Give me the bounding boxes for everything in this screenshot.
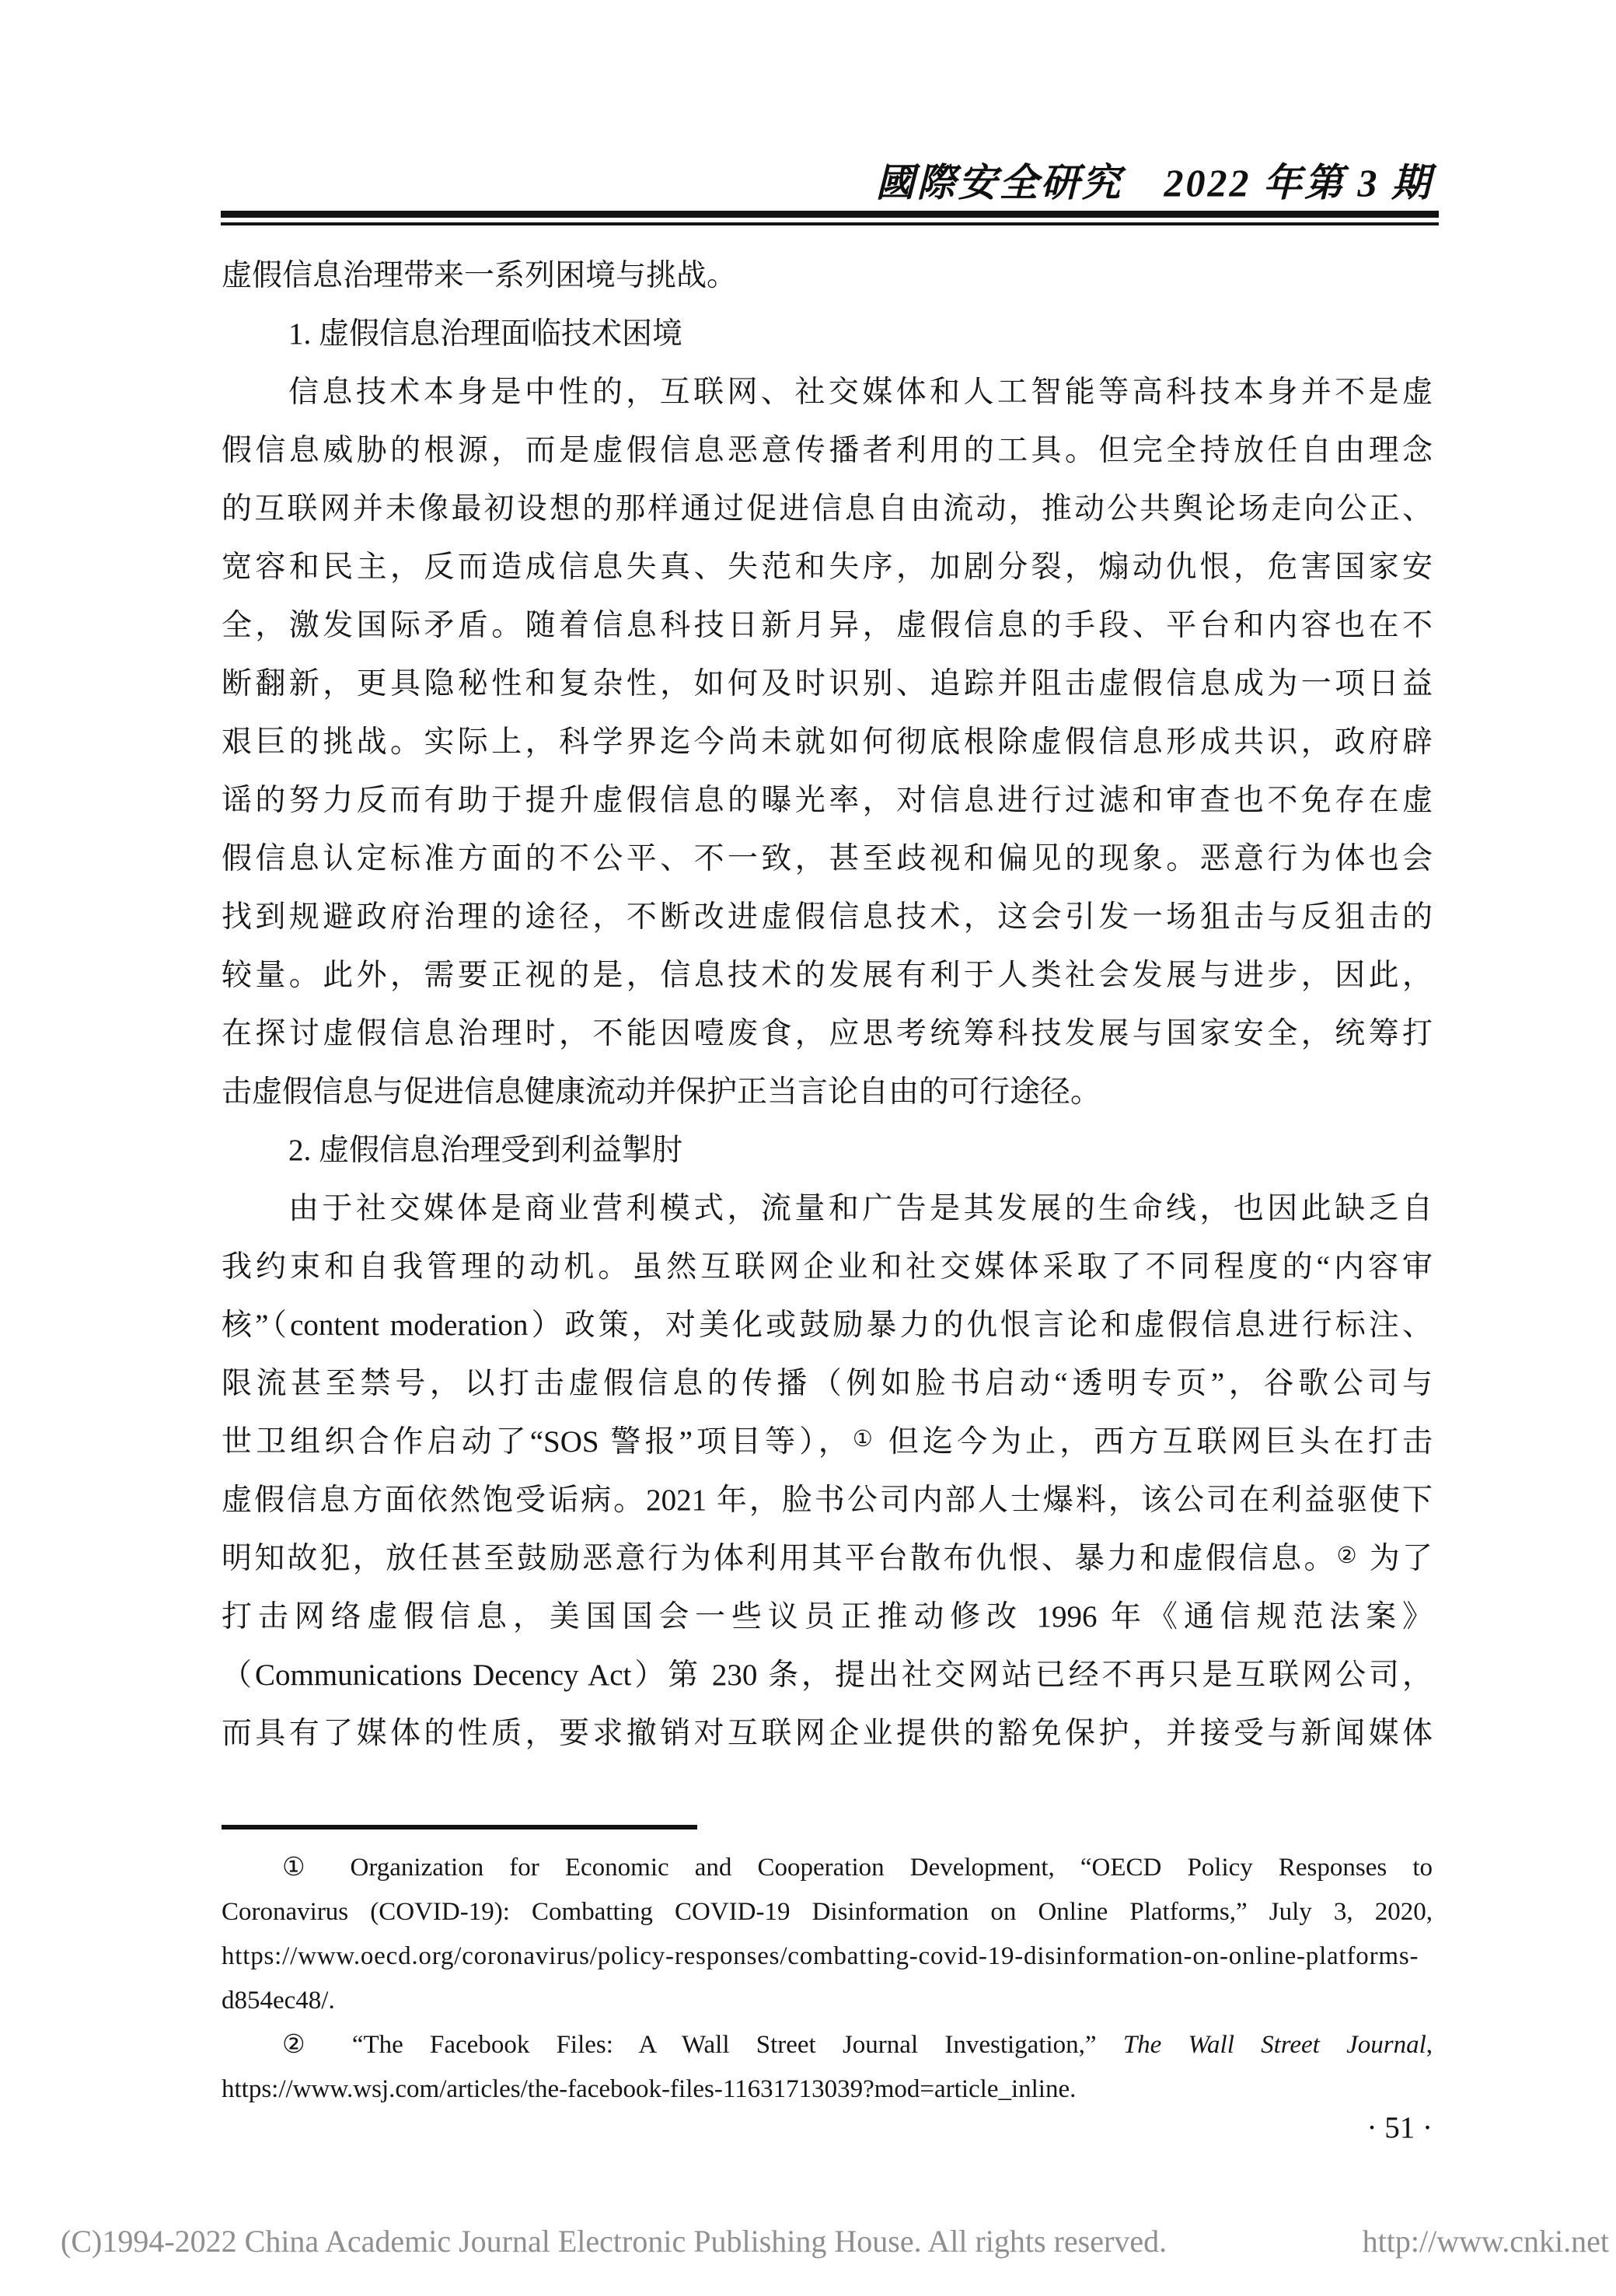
- body-line: 明知故犯，放任甚至鼓励恶意行为体利用其平台散布仇恨、暴力和虚假信息。② 为了: [222, 1529, 1433, 1588]
- text-run: 虚假信息治理带来一系列困境与挑战。: [222, 259, 737, 292]
- footnote-line: d854ec48/.: [222, 1979, 1433, 2023]
- text-run: 假信息认定标准方面的不公平、不一致，甚至歧视和偏见的现象。恶意行为体也会: [222, 842, 1433, 875]
- journal-issue-header: 國際安全研究 2022 年第 3 期: [222, 159, 1433, 207]
- text-run: 明知故犯，放任甚至鼓励恶意行为体利用其平台散布仇恨、暴力和虚假信息。: [222, 1542, 1337, 1575]
- text-run: 而具有了媒体的性质，要求撤销对互联网企业提供的豁免保护，并接受与新闻媒体: [222, 1717, 1433, 1750]
- text-run: 的互联网并未像最初设想的那样通过促进信息自由流动，推动公共舆论场走向公正、: [222, 492, 1433, 526]
- body-line: 较量。此外，需要正视的是，信息技术的发展有利于人类社会发展与进步，因此，: [222, 946, 1433, 1005]
- footnote-line: Coronavirus (COVID-19): Combatting COVID…: [222, 1890, 1433, 1934]
- text-run: 断翻新，更具隐秘性和复杂性，如何及时识别、追踪并阻击虚假信息成为一项日益: [222, 667, 1433, 701]
- text-run: ,: [1426, 2031, 1433, 2059]
- text-run: 由于社交媒体是商业营利模式，流量和广告是其发展的生命线，也因此缺乏自: [288, 1192, 1433, 1225]
- page-number: · 51 ·: [222, 2109, 1433, 2147]
- body-line: 由于社交媒体是商业营利模式，流量和广告是其发展的生命线，也因此缺乏自: [222, 1179, 1433, 1238]
- text-run: 艰巨的挑战。实际上，科学界迄今尚未就如何彻底根除虚假信息形成共识，政府辟: [222, 725, 1433, 759]
- footnote-separator: [222, 1825, 697, 1829]
- text-run: 信息技术本身是中性的，互联网、社交媒体和人工智能等高科技本身并不是虚: [288, 376, 1433, 409]
- footnote-line: https://www.oecd.org/coronavirus/policy-…: [222, 1934, 1433, 1979]
- text-run: 为了: [1359, 1542, 1433, 1575]
- body-line: （Communications Decency Act）第 230 条，提出社交…: [222, 1646, 1433, 1704]
- italic-text: The Wall Street Journal: [1123, 2031, 1426, 2059]
- article-body: 虚假信息治理带来一系列困境与挑战。1. 虚假信息治理面临技术困境信息技术本身是中…: [222, 246, 1433, 1763]
- text-run: 谣的努力反而有助于提升虚假信息的曝光率，对信息进行过滤和审查也不免存在虚: [222, 784, 1433, 817]
- text-run: ② “The Facebook Files: A Wall Street Jou…: [282, 2031, 1123, 2059]
- body-line: 打击网络虚假信息，美国国会一些议员正推动修改 1996 年《通信规范法案》: [222, 1588, 1433, 1646]
- text-run: 击虚假信息与促进信息健康流动并保护正当言论自由的可行途径。: [222, 1075, 1101, 1109]
- body-line: 击虚假信息与促进信息健康流动并保护正当言论自由的可行途径。: [222, 1063, 1433, 1121]
- body-line: 我约束和自我管理的动机。虽然互联网企业和社交媒体采取了不同程度的“内容审: [222, 1238, 1433, 1296]
- text-run: d854ec48/.: [222, 1987, 335, 2015]
- cnki-url: http://www.cnki.net: [1363, 2222, 1609, 2261]
- footnote-line: ② “The Facebook Files: A Wall Street Jou…: [222, 2023, 1433, 2067]
- text-run: 找到规避政府治理的途径，不断改进虚假信息技术，这会引发一场狙击与反狙击的: [222, 900, 1433, 934]
- text-run: 全，激发国际矛盾。随着信息科技日新月异，虚假信息的手段、平台和内容也在不: [222, 609, 1433, 642]
- body-line: 的互联网并未像最初设想的那样通过促进信息自由流动，推动公共舆论场走向公正、: [222, 480, 1433, 538]
- text-run: 2. 虚假信息治理受到利益掣肘: [288, 1134, 682, 1167]
- text-run: 虚假信息方面依然饱受诟病。2021 年，脸书公司内部人士爆料，该公司在利益驱使下: [222, 1483, 1433, 1517]
- text-run: 1. 虚假信息治理面临技术困境: [288, 317, 682, 351]
- text-run: 核”（content moderation）政策，对美化或鼓励暴力的仇恨言论和虚…: [222, 1309, 1433, 1342]
- text-run: 限流甚至禁号，以打击虚假信息的传播（例如脸书启动“透明专页”，谷歌公司与: [222, 1367, 1433, 1400]
- body-line: 艰巨的挑战。实际上，科学界迄今尚未就如何彻底根除虚假信息形成共识，政府辟: [222, 713, 1433, 771]
- body-line: 假信息认定标准方面的不公平、不一致，甚至歧视和偏见的现象。恶意行为体也会: [222, 830, 1433, 888]
- body-line: 1. 虚假信息治理面临技术困境: [222, 305, 1433, 363]
- text-run: https://www.oecd.org/coronavirus/policy-…: [222, 1942, 1419, 1970]
- body-line: 在探讨虚假信息治理时，不能因噎废食，应思考统筹科技发展与国家安全，统筹打: [222, 1005, 1433, 1063]
- text-run: （Communications Decency Act）第 230 条，提出社交…: [222, 1658, 1433, 1692]
- body-line: 假信息威胁的根源，而是虚假信息恶意传播者利用的工具。但完全持放任自由理念: [222, 421, 1433, 480]
- body-line: 宽容和民主，反而造成信息失真、失范和失序，加剧分裂，煽动仇恨，危害国家安: [222, 538, 1433, 596]
- body-line: 虚假信息治理带来一系列困境与挑战。: [222, 246, 1433, 305]
- text-run: 打击网络虚假信息，美国国会一些议员正推动修改 1996 年《通信规范法案》: [222, 1600, 1433, 1634]
- header-rule-thin: [221, 222, 1439, 225]
- text-run: 宽容和民主，反而造成信息失真、失范和失序，加剧分裂，煽动仇恨，危害国家安: [222, 550, 1433, 584]
- footnote-line: https://www.wsj.com/articles/the-faceboo…: [222, 2067, 1433, 2112]
- body-line: 限流甚至禁号，以打击虚假信息的传播（例如脸书启动“透明专页”，谷歌公司与: [222, 1354, 1433, 1413]
- text-run: Coronavirus (COVID-19): Combatting COVID…: [222, 1898, 1433, 1926]
- journal-page: 國際安全研究 2022 年第 3 期 虚假信息治理带来一系列困境与挑战。1. 虚…: [0, 0, 1616, 2296]
- footnote-reference: ②: [1337, 1543, 1359, 1568]
- text-run: 但迄今为止，西方互联网巨头在打击: [877, 1425, 1433, 1459]
- copyright-watermark: (C)1994-2022 China Academic Journal Elec…: [61, 2222, 1609, 2261]
- body-line: 找到规避政府治理的途径，不断改进虚假信息技术，这会引发一场狙击与反狙击的: [222, 888, 1433, 946]
- text-run: 在探讨虚假信息治理时，不能因噎废食，应思考统筹科技发展与国家安全，统筹打: [222, 1017, 1433, 1050]
- footnote-reference: ①: [853, 1427, 877, 1452]
- body-line: 信息技术本身是中性的，互联网、社交媒体和人工智能等高科技本身并不是虚: [222, 363, 1433, 421]
- footnote-line: ① Organization for Economic and Cooperat…: [222, 1846, 1433, 1890]
- copyright-text: (C)1994-2022 China Academic Journal Elec…: [61, 2222, 1167, 2261]
- body-line: 虚假信息方面依然饱受诟病。2021 年，脸书公司内部人士爆料，该公司在利益驱使下: [222, 1471, 1433, 1529]
- text-run: 较量。此外，需要正视的是，信息技术的发展有利于人类社会发展与进步，因此，: [222, 959, 1433, 992]
- footnotes: ① Organization for Economic and Cooperat…: [222, 1846, 1433, 2112]
- text-run: 我约束和自我管理的动机。虽然互联网企业和社交媒体采取了不同程度的“内容审: [222, 1250, 1433, 1284]
- text-run: https://www.wsj.com/articles/the-faceboo…: [222, 2075, 1076, 2103]
- header-rule-thick: [221, 211, 1439, 218]
- text-run: ① Organization for Economic and Cooperat…: [282, 1854, 1433, 1882]
- body-line: 断翻新，更具隐秘性和复杂性，如何及时识别、追踪并阻击虚假信息成为一项日益: [222, 655, 1433, 713]
- text-run: 假信息威胁的根源，而是虚假信息恶意传播者利用的工具。但完全持放任自由理念: [222, 434, 1433, 467]
- body-line: 核”（content moderation）政策，对美化或鼓励暴力的仇恨言论和虚…: [222, 1296, 1433, 1354]
- body-line: 2. 虚假信息治理受到利益掣肘: [222, 1121, 1433, 1179]
- text-run: 世卫组织合作启动了“SOS 警报”项目等），: [222, 1425, 853, 1459]
- body-line: 世卫组织合作启动了“SOS 警报”项目等），① 但迄今为止，西方互联网巨头在打击: [222, 1413, 1433, 1471]
- body-line: 而具有了媒体的性质，要求撤销对互联网企业提供的豁免保护，并接受与新闻媒体: [222, 1704, 1433, 1763]
- body-line: 谣的努力反而有助于提升虚假信息的曝光率，对信息进行过滤和审查也不免存在虚: [222, 771, 1433, 830]
- body-line: 全，激发国际矛盾。随着信息科技日新月异，虚假信息的手段、平台和内容也在不: [222, 596, 1433, 655]
